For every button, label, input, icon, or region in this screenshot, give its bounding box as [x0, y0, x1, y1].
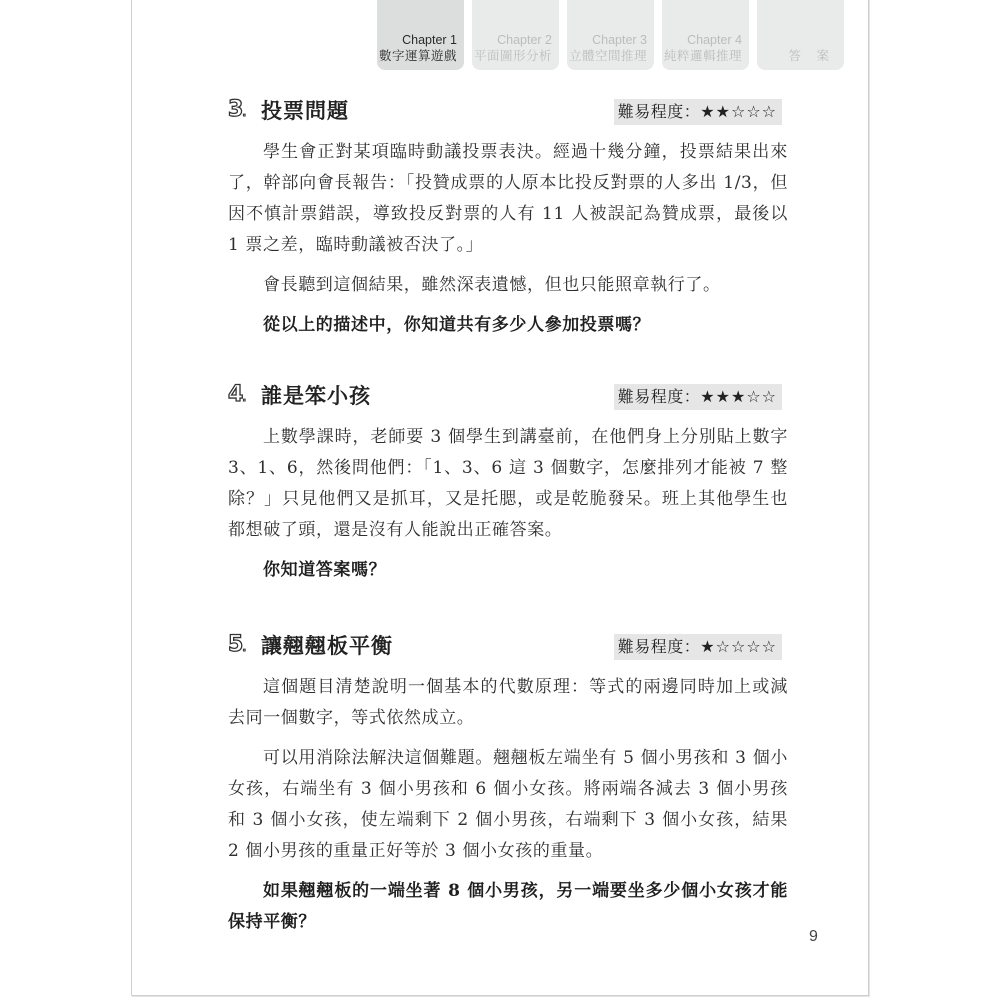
star-rating-icon: ★★★☆☆: [700, 387, 777, 406]
tab-chapter-label: Chapter 1: [402, 33, 457, 48]
problem-paragraph: 可以用消除法解決這個難題。翹翹板左端坐有 5 個小男孩和 3 個小女孩，右端坐有…: [228, 743, 788, 867]
problem-paragraph: 這個題目清楚說明一個基本的代數原理：等式的兩邊同時加上或減去同一個數字，等式依然…: [228, 672, 788, 734]
problem-title: 誰是笨小孩: [261, 380, 371, 410]
tab-chapter-label: Chapter 4: [687, 33, 742, 48]
problem-section-4: 4. 誰是笨小孩 難易程度：★★★☆☆ 上數學課時，老師要 3 個學生到講臺前，…: [228, 380, 788, 586]
problem-question: 你知道答案嗎？: [228, 555, 788, 586]
problem-title: 讓翹翹板平衡: [261, 630, 393, 660]
problem-paragraph: 學生會正對某項臨時動議投票表決。經過十幾分鐘，投票結果出來了，幹部向會長報告：「…: [228, 137, 788, 261]
problem-section-5: 5. 讓翹翹板平衡 難易程度：★☆☆☆☆ 這個題目清楚說明一個基本的代數原理：等…: [228, 630, 788, 938]
section-header: 5. 讓翹翹板平衡 難易程度：★☆☆☆☆: [228, 630, 788, 662]
problem-paragraph: 會長聽到這個結果，雖然深表遺憾，但也只能照章執行了。: [228, 270, 788, 301]
section-header: 4. 誰是笨小孩 難易程度：★★★☆☆: [228, 380, 788, 412]
tab-chapter-title: 立體空間推理: [569, 48, 647, 64]
problem-number: 3.: [228, 97, 245, 122]
tab-chapter-label: Chapter 3: [592, 33, 647, 48]
tab-chapter-title: 平面圖形分析: [474, 48, 552, 64]
tab-chapter-title: 純粹邏輯推理: [664, 48, 742, 64]
problem-question: 如果翹翹板的一端坐著 8 個小男孩，另一端要坐多少個小女孩才能保持平衡？: [228, 876, 788, 938]
star-rating-icon: ★☆☆☆☆: [700, 637, 777, 656]
tab-chapter-3[interactable]: Chapter 3 立體空間推理: [567, 0, 654, 70]
tab-chapter-label: Chapter 2: [497, 33, 552, 48]
tab-chapter-title: 答 案: [789, 48, 835, 64]
difficulty-rating: 難易程度：★★☆☆☆: [614, 99, 782, 125]
problem-number: 5.: [228, 632, 245, 657]
difficulty-rating: 難易程度：★★★☆☆: [614, 384, 782, 410]
tab-chapter-title: 數字運算遊戲: [379, 48, 457, 64]
section-header: 3. 投票問題 難易程度：★★☆☆☆: [228, 95, 788, 127]
problem-title: 投票問題: [261, 95, 349, 125]
star-rating-icon: ★★☆☆☆: [700, 102, 777, 121]
problem-number: 4.: [228, 382, 245, 407]
tab-chapter-1[interactable]: Chapter 1 數字運算遊戲: [377, 0, 464, 70]
difficulty-rating: 難易程度：★☆☆☆☆: [614, 634, 782, 660]
problem-question: 從以上的描述中，你知道共有多少人參加投票嗎？: [228, 310, 788, 341]
tab-chapter-4[interactable]: Chapter 4 純粹邏輯推理: [662, 0, 749, 70]
tab-chapter-2[interactable]: Chapter 2 平面圖形分析: [472, 0, 559, 70]
problem-section-3: 3. 投票問題 難易程度：★★☆☆☆ 學生會正對某項臨時動議投票表決。經過十幾分…: [228, 95, 788, 341]
chapter-tabs: Chapter 1 數字運算遊戲 Chapter 2 平面圖形分析 Chapte…: [377, 0, 844, 70]
tab-answers[interactable]: 答 案: [757, 0, 844, 70]
page-number: 9: [809, 928, 818, 946]
problem-paragraph: 上數學課時，老師要 3 個學生到講臺前，在他們身上分別貼上數字 3、1、6，然後…: [228, 422, 788, 546]
